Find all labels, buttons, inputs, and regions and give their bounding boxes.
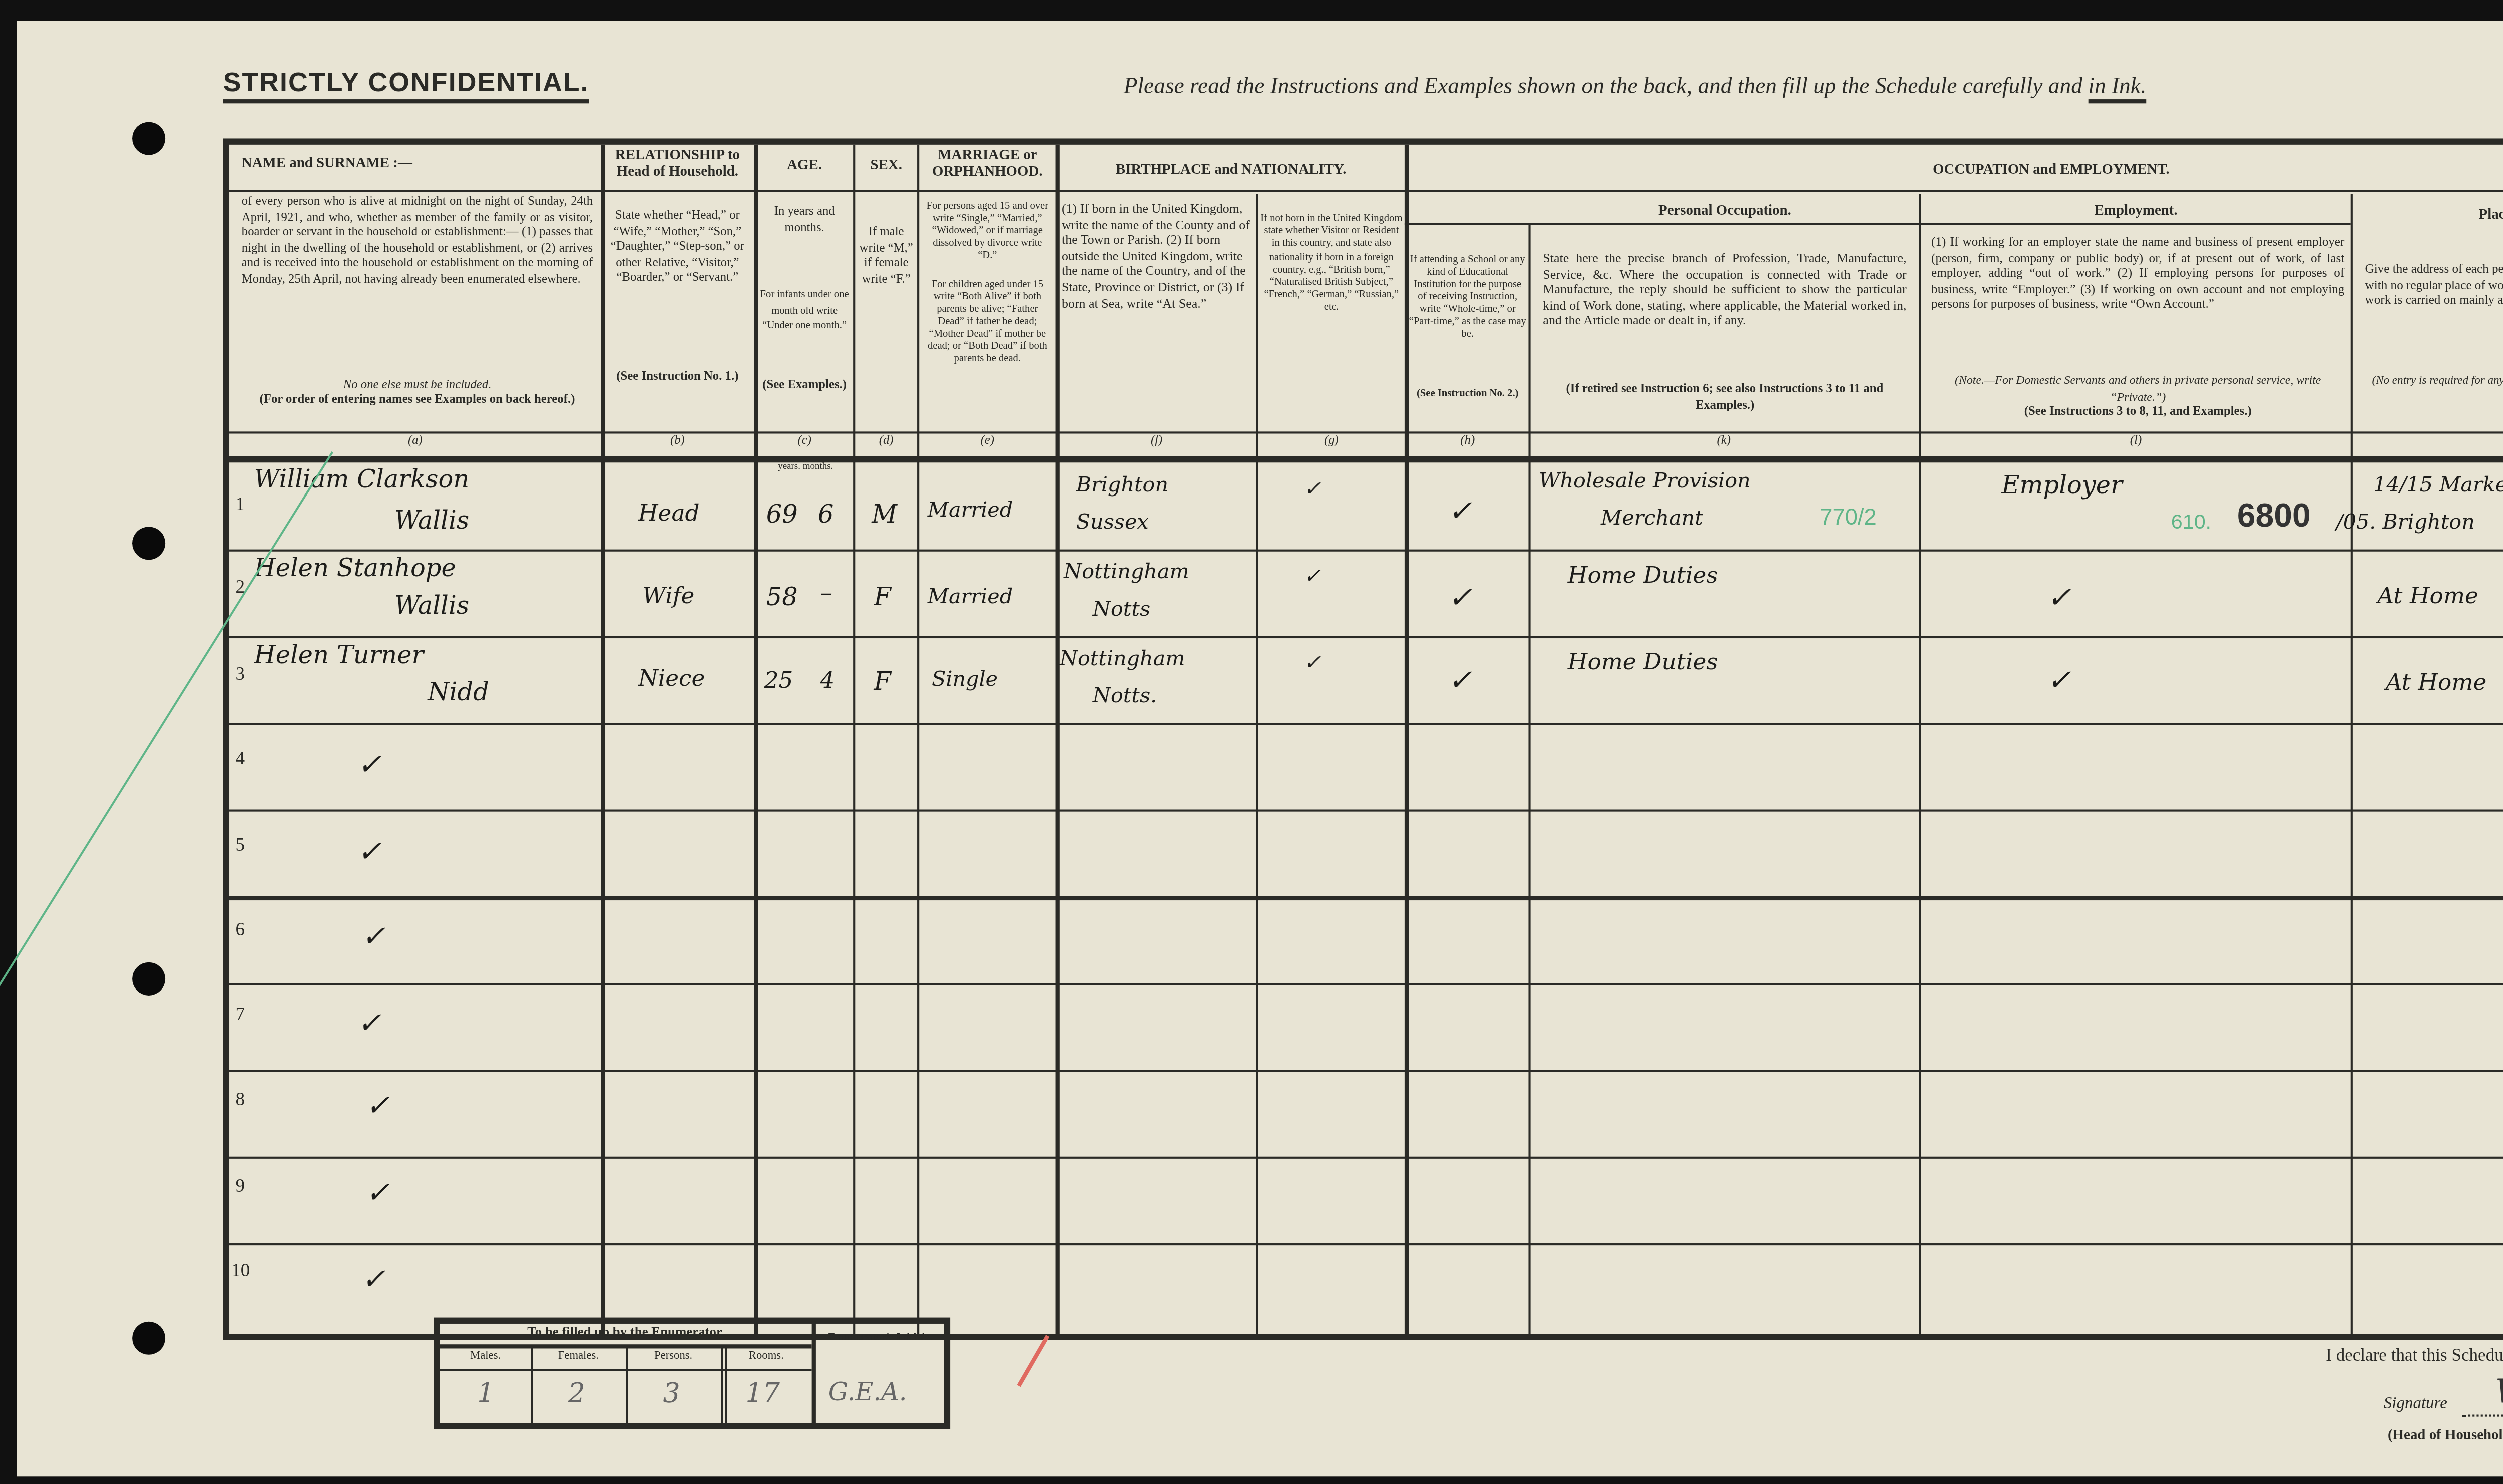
col-b-letter: (b) — [603, 436, 752, 448]
person-2-nationality: ✓ — [1304, 566, 1321, 589]
row-9-blank-mark: ✓ — [365, 1177, 389, 1210]
age-subheader: years. months. — [758, 460, 853, 471]
col-a-instructions: of every person who is alive at midnight… — [242, 196, 593, 290]
person-3-birthplace-town: Nottingham — [1060, 649, 1185, 671]
col-c-note: (See Examples.) — [760, 380, 849, 395]
col-divider — [754, 145, 758, 1334]
person-3-birthplace-county: Notts. — [1093, 686, 1157, 708]
person-2-workplace: At Home — [2377, 583, 2478, 610]
head-of-household-signature: W. Clarkson Wallis — [2495, 1371, 2503, 1410]
col-divider — [1528, 225, 1530, 1334]
row-divider — [1405, 223, 2351, 225]
col-divider — [1256, 194, 1258, 1334]
row-divider — [229, 550, 2503, 552]
person-2-sex: F — [874, 583, 891, 612]
person-1-birthplace-county: Sussex — [1076, 512, 1149, 535]
person-1-school: ✓ — [1448, 496, 1472, 529]
person-3-marriage: Single — [932, 669, 998, 692]
row-divider — [229, 431, 2503, 433]
person-3-workplace: At Home — [2386, 669, 2486, 696]
person-2-marriage: Married — [928, 587, 1013, 609]
signature-line — [2462, 1415, 2503, 1417]
strictly-confidential-heading: STRICTLY CONFIDENTIAL. — [223, 66, 589, 103]
occupation-group-title: OCCUPATION and EMPLOYMENT. — [1407, 161, 2503, 178]
row-number: 7 — [235, 1004, 245, 1024]
col-h-instructions: If attending a School or any kind of Edu… — [1409, 256, 1526, 343]
person-1-surname: Wallis — [394, 506, 469, 535]
scan-stage: STRICTLY CONFIDENTIAL. Please read the I… — [0, 0, 2503, 1484]
person-1-occupation: Wholesale Provision — [1539, 471, 1751, 493]
count-box-title: To be filled up by the Enumerator. — [440, 1326, 812, 1340]
count-box-divider — [626, 1346, 628, 1423]
col-a-note: No one else must be included. — [242, 380, 593, 395]
person-2-occupation: Home Duties — [1568, 562, 1718, 589]
person-2-age-months: – — [820, 578, 832, 607]
row-4-blank-mark: ✓ — [357, 750, 381, 783]
person-1-birthplace-town: Brighton — [1076, 475, 1168, 498]
col-divider — [917, 145, 919, 1334]
females-label: Females. — [531, 1351, 626, 1363]
col-l-letter: (l) — [1921, 436, 2350, 448]
person-1-occupation-line2: Merchant — [1601, 508, 1703, 531]
col-l-note-private: (Note.—For Domestic Servants and others … — [1931, 376, 2344, 407]
count-box-divider — [812, 1322, 816, 1425]
females-count: 2 — [568, 1379, 585, 1410]
col-f-letter: (f) — [1058, 436, 1256, 448]
col-b-note: (See Instruction No. 1.) — [607, 372, 748, 387]
census-schedule: STRICTLY CONFIDENTIAL. Please read the I… — [17, 21, 2503, 1476]
person-1-relation: Head — [638, 500, 700, 527]
col-g-instructions: If not born in the United Kingdom state … — [1260, 215, 1403, 317]
col-c-title: AGE. — [756, 157, 853, 174]
col-k-letter: (k) — [1528, 436, 1919, 448]
row-divider — [229, 636, 2503, 638]
person-1-occupation-code: 770/2 — [1820, 506, 1877, 531]
person-1-workplace-line2: /05. Brighton — [2336, 512, 2475, 535]
person-1-marriage: Married — [928, 500, 1013, 523]
col-a-letter: (a) — [229, 436, 601, 448]
person-3-age-months: 4 — [820, 667, 835, 694]
person-3-age-years: 25 — [764, 667, 793, 694]
col-b-instructions: State whether “Head,” or “Wife,” “Mother… — [607, 211, 748, 289]
row-5-blank-mark: ✓ — [357, 836, 381, 869]
col-divider — [1405, 145, 1409, 1334]
col-a-order-note: (For order of entering names see Example… — [242, 394, 593, 410]
person-3-relation: Niece — [638, 665, 705, 692]
row-number: 6 — [235, 919, 245, 939]
person-3-name: Helen Turner — [254, 640, 424, 669]
col-b-title: RELATIONSHIP to Head of Household. — [603, 147, 752, 180]
row-divider — [229, 1243, 2503, 1245]
row-divider — [229, 723, 2503, 725]
row-divider — [229, 896, 2503, 900]
person-3-sex: F — [874, 667, 891, 696]
row-divider — [229, 1157, 2503, 1159]
col-e-instructions-children: For children aged under 15 write “Both A… — [923, 281, 1051, 367]
header-bottom-rule — [229, 456, 2503, 462]
row-number: 3 — [235, 663, 245, 684]
col-l-title: Employment. — [1921, 202, 2350, 219]
col-m-note: (No entry is required for any person who… — [2365, 376, 2503, 391]
person-2-school: ✓ — [1448, 583, 1472, 616]
row-10-blank-mark: ✓ — [361, 1264, 385, 1297]
person-2-birthplace-town: Nottingham — [1064, 562, 1189, 584]
initials-label: Enumerator’s Initials. — [816, 1332, 944, 1344]
months-label: months. — [803, 460, 833, 471]
row-divider — [229, 1070, 2503, 1072]
col-d-title: SEX. — [855, 157, 917, 174]
person-1-age-years: 69 — [766, 500, 798, 529]
row-number: 4 — [235, 748, 245, 768]
signature-label: Signature — [2384, 1394, 2447, 1412]
col-h-note: (See Instruction No. 2.) — [1409, 388, 1526, 404]
instruction-text: Please read the Instructions and Example… — [1124, 75, 2082, 100]
row-divider — [229, 190, 2503, 192]
person-1-employment-code: 610. — [2171, 512, 2211, 535]
birthplace-group-title: BIRTHPLACE and NATIONALITY. — [1058, 161, 1405, 178]
enumerator-initials: G.E.A. — [828, 1377, 907, 1406]
persons-label: Persons. — [626, 1351, 721, 1363]
person-2-relation: Wife — [642, 583, 694, 610]
row-7-blank-mark: ✓ — [357, 1008, 381, 1041]
person-2-birthplace-county: Notts — [1093, 599, 1150, 622]
row-number: 9 — [235, 1175, 245, 1196]
count-box-divider — [721, 1346, 727, 1423]
col-d-letter: (d) — [855, 436, 917, 448]
person-3-employment: ✓ — [2047, 665, 2071, 698]
punch-hole — [132, 962, 165, 996]
col-m-letter: (m) — [2353, 436, 2503, 448]
row-number: 5 — [235, 834, 245, 855]
person-1-nationality: ✓ — [1304, 479, 1321, 502]
person-1-employment: Employer — [2001, 471, 2122, 500]
col-divider — [1919, 194, 1921, 1334]
col-c-instructions: In years and months. — [760, 207, 849, 238]
col-l-note-instructions: (See Instructions 3 to 8, 11, and Exampl… — [1931, 407, 2344, 422]
person-3-occupation: Home Duties — [1568, 649, 1718, 676]
person-3-nationality: ✓ — [1304, 653, 1321, 675]
row-6-blank-mark: ✓ — [361, 921, 385, 954]
col-f-instructions: (1) If born in the United Kingdom, write… — [1062, 202, 1252, 312]
declaration-text: I declare that this Schedule is correctl… — [2326, 1344, 2503, 1365]
col-k-instructions: State here the precise branch of Profess… — [1543, 252, 1906, 330]
col-divider — [1056, 145, 1060, 1334]
green-pencil-diagonal-mark — [0, 451, 333, 1013]
col-m-title: Place of Work. — [2353, 207, 2503, 223]
row-number: 8 — [235, 1089, 245, 1109]
fill-instructions: Please read the Instructions and Example… — [1124, 75, 2147, 100]
person-1-sex: M — [872, 500, 897, 529]
enumerator-count-box: To be filled up by the Enumerator. Enume… — [434, 1318, 951, 1429]
person-3-surname: Nidd — [428, 677, 489, 706]
row-8-blank-mark: ✓ — [365, 1091, 389, 1124]
person-2-name: Helen Stanhope — [254, 554, 456, 583]
col-e-letter: (e) — [919, 436, 1055, 448]
years-label: years. — [778, 460, 800, 471]
person-2-age-years: 58 — [766, 583, 798, 612]
col-k-title: Personal Occupation. — [1531, 202, 1919, 219]
person-2-employment: ✓ — [2047, 583, 2071, 616]
persons-count: 3 — [663, 1379, 680, 1410]
col-k-note: (If retired see Instruction 6; see also … — [1543, 384, 1906, 415]
col-l-instructions: (1) If working for an employer state the… — [1931, 238, 2344, 316]
col-divider — [853, 145, 855, 1334]
col-a-title: NAME and SURNAME :— — [242, 155, 593, 171]
col-e-title: MARRIAGE or ORPHANHOOD. — [919, 147, 1055, 180]
rooms-count: 17 — [746, 1379, 780, 1410]
col-e-instructions-adults: For persons aged 15 and over write “Sing… — [923, 202, 1051, 264]
col-divider — [601, 145, 605, 1334]
punch-hole — [132, 527, 165, 560]
count-box-divider — [531, 1346, 533, 1423]
punch-hole — [132, 1322, 165, 1355]
row-divider — [229, 810, 2503, 812]
col-g-letter: (g) — [1258, 436, 1405, 448]
person-3-school: ✓ — [1448, 665, 1472, 698]
col-d-instructions: If male write “M,” if female write “F.” — [857, 227, 915, 290]
col-m-instructions: Give the address of each person’s place … — [2365, 264, 2503, 311]
signature-note: (Head of Household, Manager of Establish… — [2388, 1427, 2503, 1443]
row-number: 1 — [235, 493, 245, 514]
rooms-label: Rooms. — [721, 1351, 812, 1363]
instruction-ink: in Ink. — [2088, 75, 2146, 104]
household-schedule-table: NAME and SURNAME :— of every person who … — [223, 138, 2503, 1340]
person-1-workplace: 14/15 Market St. — [2373, 475, 2503, 498]
col-c-letter: (c) — [756, 436, 853, 448]
males-count: 1 — [477, 1379, 494, 1410]
person-1-industry-stamp: 6800 — [2237, 500, 2311, 537]
row-number: 10 — [231, 1260, 250, 1280]
col-c-infant-note: For infants under one month old write “U… — [760, 289, 849, 336]
col-h-letter: (h) — [1407, 436, 1528, 448]
person-1-age-months: 6 — [818, 500, 834, 529]
row-divider — [229, 983, 2503, 985]
males-label: Males. — [440, 1351, 531, 1363]
person-1-name: William Clarkson — [254, 464, 470, 493]
col-divider — [2351, 194, 2353, 1334]
person-2-surname: Wallis — [394, 591, 469, 620]
punch-hole — [132, 122, 165, 155]
